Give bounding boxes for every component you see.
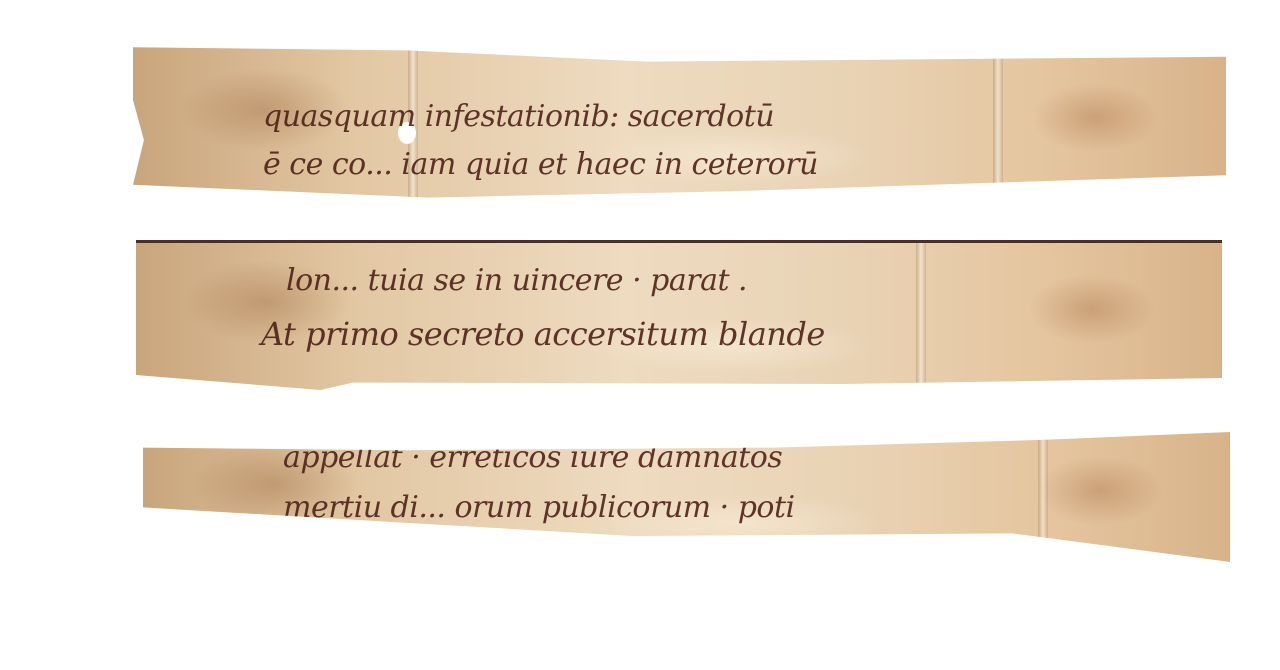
manuscript-line: appellat · erreticos iure damnatos: [283, 440, 782, 475]
parchment-fragment-1: quasquam infestationib: sacerdotū ē ce c…: [133, 44, 1226, 204]
manuscript-line: lon... tuia se in uincere · parat .: [286, 263, 747, 298]
manuscript-line: quasquam infestationib: sacerdotū: [263, 99, 774, 134]
manuscript-line: ē ce co... iam quia et haec in ceterorū: [263, 147, 818, 182]
fold-crease: [916, 243, 926, 390]
manuscript-line: mertiu di... orum publicorum · poti: [283, 490, 795, 525]
fold-crease: [993, 47, 1003, 204]
manuscript-line: At primo secreto accersitum blande: [261, 315, 825, 353]
parchment-fragment-2: lon... tuia se in uincere · parat . At p…: [136, 240, 1222, 390]
parchment-fragment-3: appellat · erreticos iure damnatos merti…: [143, 432, 1230, 562]
fold-crease: [1038, 432, 1048, 562]
